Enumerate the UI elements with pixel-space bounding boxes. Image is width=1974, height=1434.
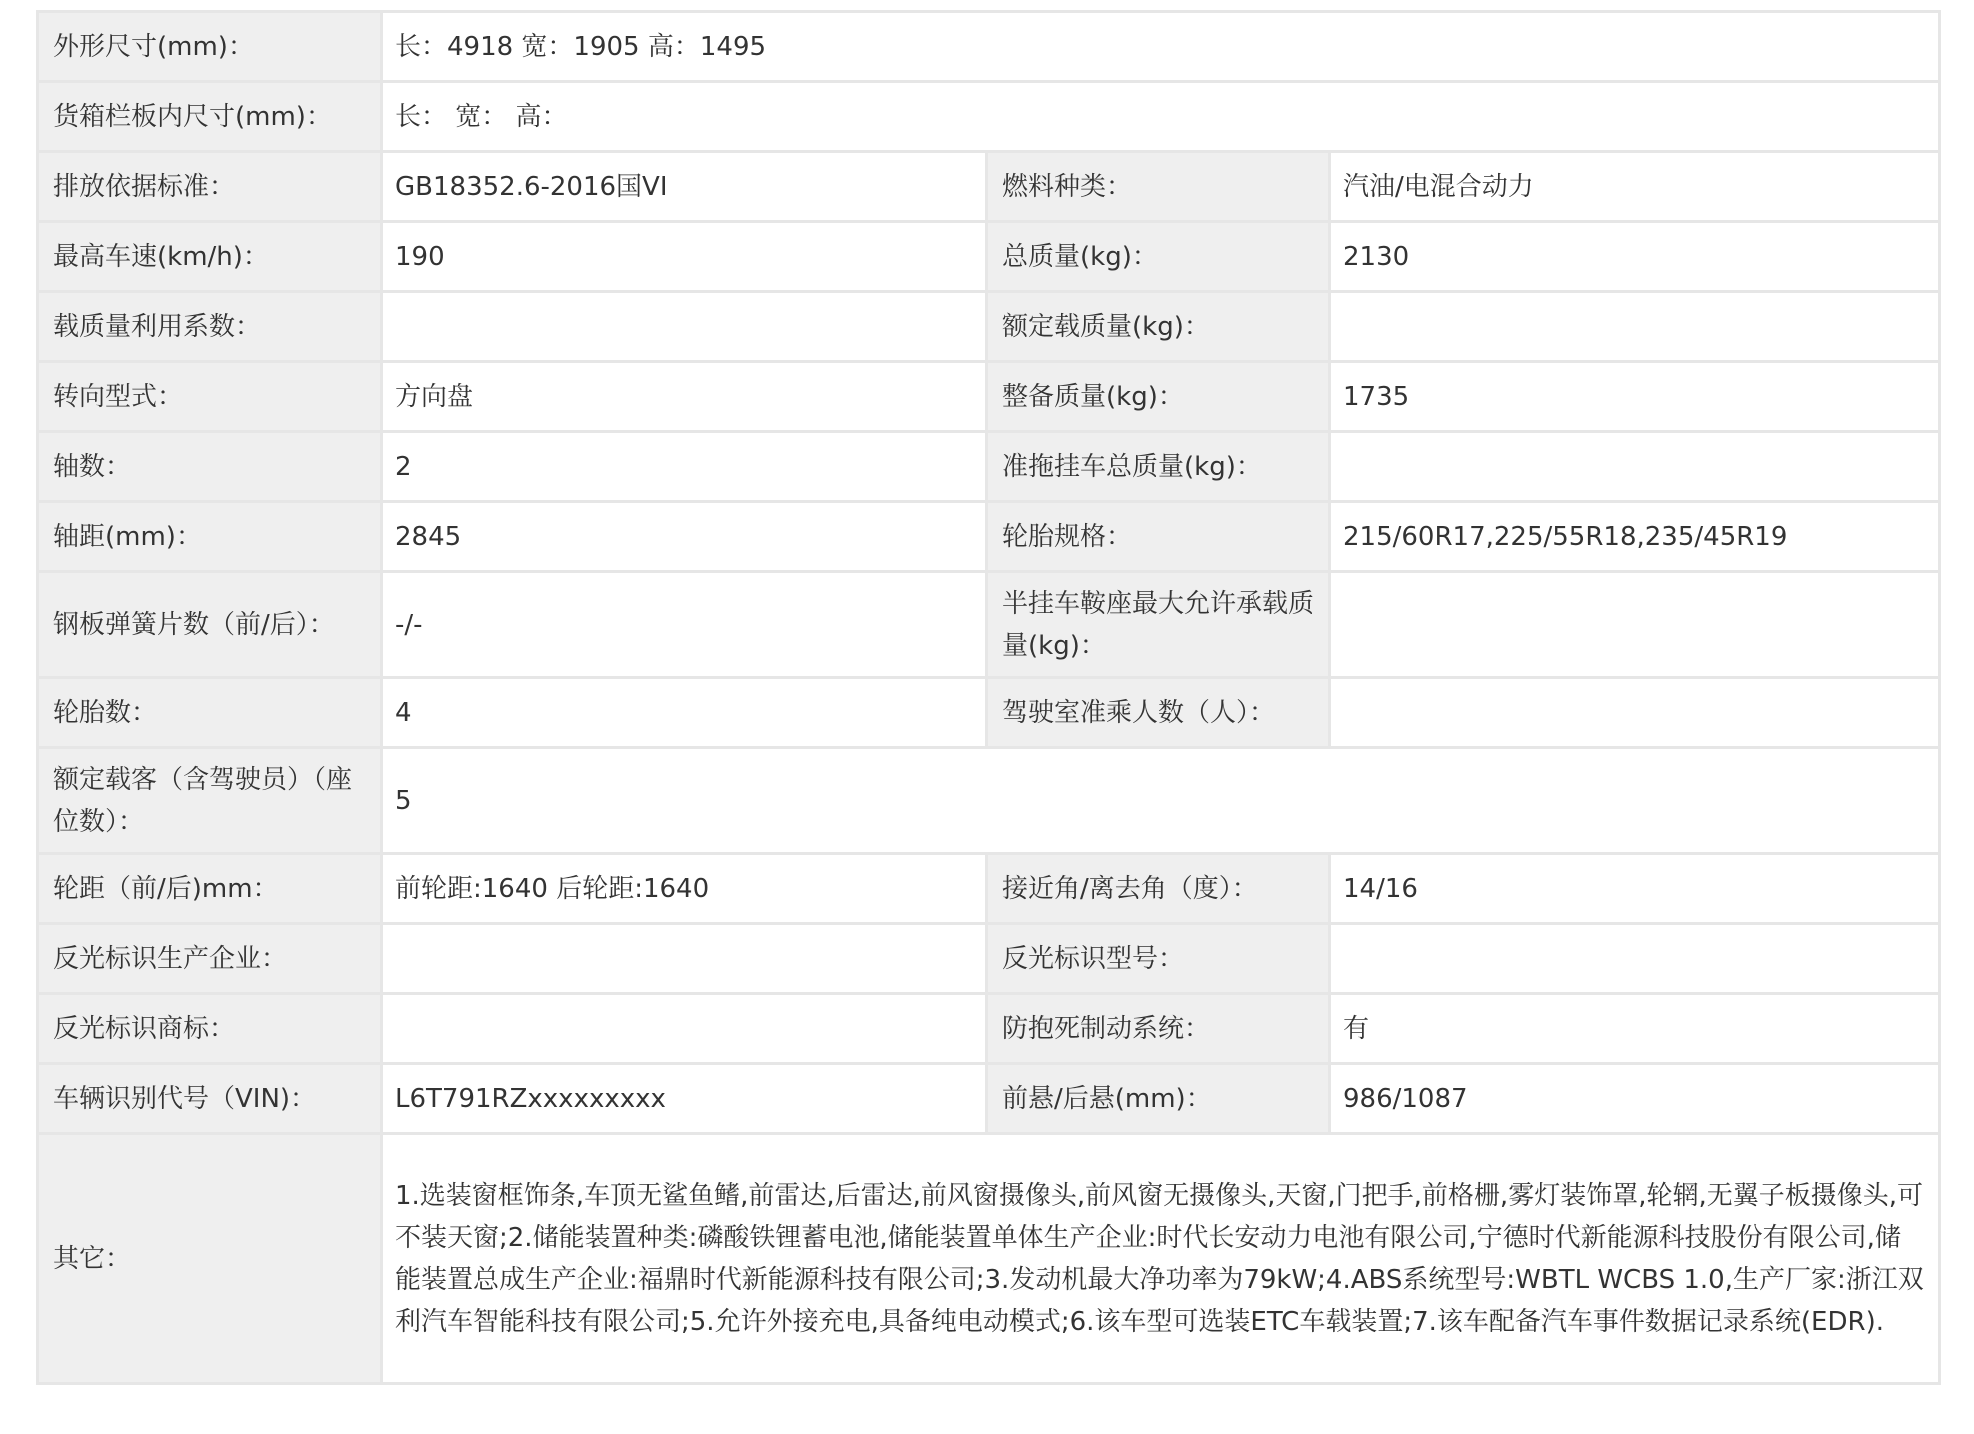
wheelbase-label: 轴距(mm)： (38, 502, 382, 572)
saddle-load-value (1330, 572, 1940, 678)
load-utilization-label: 载质量利用系数： (38, 292, 382, 362)
table-row: 轴距(mm)： 2845 轮胎规格： 215/60R17,225/55R18,2… (38, 502, 1940, 572)
abs-label: 防抱死制动系统： (987, 994, 1330, 1064)
reflector-brand-label: 反光标识商标： (38, 994, 382, 1064)
approach-departure-label: 接近角/离去角（度）： (987, 854, 1330, 924)
load-utilization-value (382, 292, 987, 362)
steering-type-label: 转向型式： (38, 362, 382, 432)
wheelbase-value: 2845 (382, 502, 987, 572)
trailer-mass-label: 准拖挂车总质量(kg)： (987, 432, 1330, 502)
table-row: 轮胎数： 4 驾驶室准乘人数（人）： (38, 678, 1940, 748)
vin-label: 车辆识别代号（VIN)： (38, 1064, 382, 1134)
tire-spec-label: 轮胎规格： (987, 502, 1330, 572)
total-mass-label: 总质量(kg)： (987, 222, 1330, 292)
total-mass-value: 2130 (1330, 222, 1940, 292)
tire-count-value: 4 (382, 678, 987, 748)
vehicle-spec-table: 外形尺寸(mm)： 长：4918 宽：1905 高：1495 货箱栏板内尺寸(m… (36, 10, 1941, 1385)
table-row: 车辆识别代号（VIN)： L6T791RZxxxxxxxxx 前悬/后悬(mm)… (38, 1064, 1940, 1134)
cargo-box-dimensions-label: 货箱栏板内尺寸(mm)： (38, 82, 382, 152)
table-row: 额定载客（含驾驶员）（座位数）： 5 (38, 748, 1940, 854)
cargo-box-dimensions-value: 长： 宽： 高： (382, 82, 1940, 152)
track-label: 轮距（前/后)mm： (38, 854, 382, 924)
emission-standard-label: 排放依据标准： (38, 152, 382, 222)
curb-mass-label: 整备质量(kg)： (987, 362, 1330, 432)
outer-dimensions-label: 外形尺寸(mm)： (38, 12, 382, 82)
curb-mass-value: 1735 (1330, 362, 1940, 432)
approach-departure-value: 14/16 (1330, 854, 1940, 924)
steering-type-value: 方向盘 (382, 362, 987, 432)
rated-load-label: 额定载质量(kg)： (987, 292, 1330, 362)
track-value: 前轮距:1640 后轮距:1640 (382, 854, 987, 924)
reflector-maker-value (382, 924, 987, 994)
abs-value: 有 (1330, 994, 1940, 1064)
table-row: 外形尺寸(mm)： 长：4918 宽：1905 高：1495 (38, 12, 1940, 82)
overhang-label: 前悬/后悬(mm)： (987, 1064, 1330, 1134)
fuel-type-label: 燃料种类： (987, 152, 1330, 222)
cab-passengers-value (1330, 678, 1940, 748)
reflector-model-value (1330, 924, 1940, 994)
reflector-brand-value (382, 994, 987, 1064)
other-label: 其它： (38, 1134, 382, 1384)
overhang-value: 986/1087 (1330, 1064, 1940, 1134)
max-speed-value: 190 (382, 222, 987, 292)
saddle-load-label: 半挂车鞍座最大允许承载质量(kg)： (987, 572, 1330, 678)
fuel-type-value: 汽油/电混合动力 (1330, 152, 1940, 222)
table-row: 轴数： 2 准拖挂车总质量(kg)： (38, 432, 1940, 502)
reflector-maker-label: 反光标识生产企业： (38, 924, 382, 994)
tire-count-label: 轮胎数： (38, 678, 382, 748)
table-row: 排放依据标准： GB18352.6-2016国VI 燃料种类： 汽油/电混合动力 (38, 152, 1940, 222)
table-row: 其它： 1.选装窗框饰条,车顶无鲨鱼鳍,前雷达,后雷达,前风窗摄像头,前风窗无摄… (38, 1134, 1940, 1384)
rated-passengers-label: 额定载客（含驾驶员）（座位数）： (38, 748, 382, 854)
leaf-springs-value: -/- (382, 572, 987, 678)
table-row: 载质量利用系数： 额定载质量(kg)： (38, 292, 1940, 362)
reflector-model-label: 反光标识型号： (987, 924, 1330, 994)
table-row: 反光标识商标： 防抱死制动系统： 有 (38, 994, 1940, 1064)
axle-count-value: 2 (382, 432, 987, 502)
cab-passengers-label: 驾驶室准乘人数（人）： (987, 678, 1330, 748)
axle-count-label: 轴数： (38, 432, 382, 502)
table-row: 反光标识生产企业： 反光标识型号： (38, 924, 1940, 994)
rated-load-value (1330, 292, 1940, 362)
outer-dimensions-value: 长：4918 宽：1905 高：1495 (382, 12, 1940, 82)
table-row: 货箱栏板内尺寸(mm)： 长： 宽： 高： (38, 82, 1940, 152)
trailer-mass-value (1330, 432, 1940, 502)
tire-spec-value: 215/60R17,225/55R18,235/45R19 (1330, 502, 1940, 572)
table-row: 钢板弹簧片数（前/后）： -/- 半挂车鞍座最大允许承载质量(kg)： (38, 572, 1940, 678)
emission-standard-value: GB18352.6-2016国VI (382, 152, 987, 222)
leaf-springs-label: 钢板弹簧片数（前/后）： (38, 572, 382, 678)
table-row: 转向型式： 方向盘 整备质量(kg)： 1735 (38, 362, 1940, 432)
other-value: 1.选装窗框饰条,车顶无鲨鱼鳍,前雷达,后雷达,前风窗摄像头,前风窗无摄像头,天… (382, 1134, 1940, 1384)
table-row: 轮距（前/后)mm： 前轮距:1640 后轮距:1640 接近角/离去角（度）：… (38, 854, 1940, 924)
table-row: 最高车速(km/h)： 190 总质量(kg)： 2130 (38, 222, 1940, 292)
vin-value: L6T791RZxxxxxxxxx (382, 1064, 987, 1134)
max-speed-label: 最高车速(km/h)： (38, 222, 382, 292)
rated-passengers-value: 5 (382, 748, 1940, 854)
